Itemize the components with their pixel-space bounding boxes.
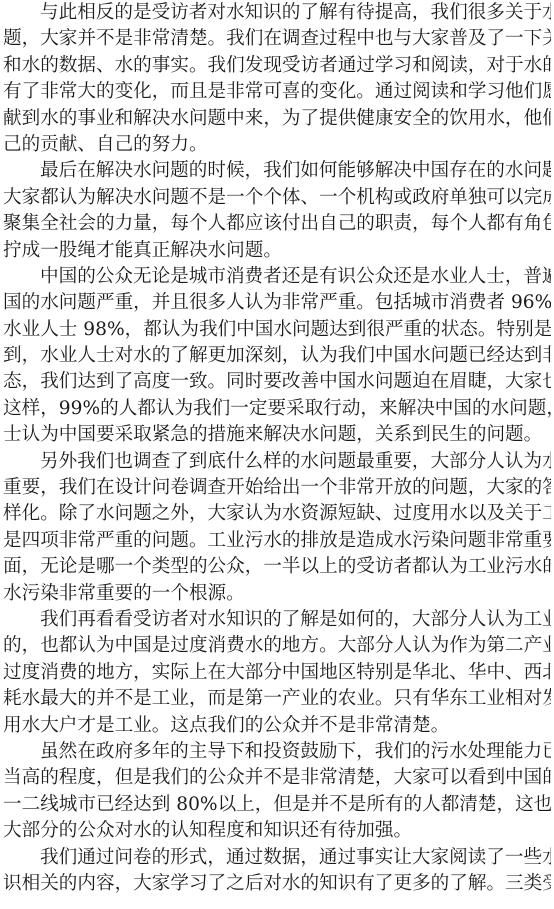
text-line: 虽然在政府多年的主导下和投资鼓励下，我们的污水处理能力已经达到了相 <box>3 739 551 765</box>
text-line: 当高的程度，但是我们的公众并不是非常清楚，大家可以看到中国的污水处理在 <box>3 765 551 791</box>
text-line: 献到水的事业和解决水问题中来，为了提供健康安全的饮用水，他们愿意做出自 <box>3 106 551 132</box>
text-line: 我们通过问卷的形式，通过数据，通过事实让大家阅读了一些水问题和水知 <box>3 845 551 871</box>
text-line: 题，大家并不是非常清楚。我们在调查过程中也与大家普及了一下关于水的知识 <box>3 26 551 52</box>
text-line: 重要，我们在设计问卷调查开始给出一个非常开放的问题，大家的答案也非常多 <box>3 475 551 501</box>
text-line: 最后在解决水问题的时候，我们如何能够解决中国存在的水问题，我们发现 <box>3 158 551 184</box>
text-line: 过度消费的地方，实际上在大部分中国地区特别是华北、华中、西北部地区我们 <box>3 660 551 686</box>
text-line: 有了非常大的变化，而且是非常可喜的变化。通过阅读和学习他们愿意参与和贡 <box>3 79 551 105</box>
text-line: 面，无论是哪一个类型的公众，一半以上的受访者都认为工业污水的排放是造成 <box>3 554 551 580</box>
text-line: 士认为中国要采取紧急的措施来解决水问题，关系到民生的问题。 <box>3 422 551 448</box>
text-line: 与此相反的是受访者对水知识的了解有待提高，我们很多关于水知识的问 <box>3 0 551 26</box>
text-line: 水污染非常重要的一个根源。 <box>3 581 551 607</box>
text-line: 耗水最大的并不是工业，而是第一产业的农业。只有华东工业相对发达的地方， <box>3 686 551 712</box>
text-line: 中国的公众无论是城市消费者还是有识公众还是水业人士，普遍认为我们中 <box>3 264 551 290</box>
text-line: 这样，99%的人都认为我们一定要采取行动，来解决中国的水问题，94%的水业人 <box>3 396 551 422</box>
text-line: 到，水业人士对水的了解更加深刻，认为我们中国水问题已经达到非常严重的状 <box>3 343 551 369</box>
text-line: 聚集全社会的力量，每个人都应该付出自己的职责，每个人都有角色，只有大家 <box>3 211 551 237</box>
text-line: 的，也都认为中国是过度消费水的地方。大部分人认为作为第二产业的工业是水 <box>3 633 551 659</box>
paragraph-most-important-issues: 另外我们也调查了到底什么样的水问题最重要，大部分人认为水污染问题很 重要，我们在… <box>3 449 554 607</box>
text-line: 是四项非常严重的问题。工业污水的排放是造成水污染问题非常重要的一个方 <box>3 528 551 554</box>
text-line: 我们再看看受访者对水知识的了解是如何的，大部分人认为工业是耗水最多 <box>3 607 551 633</box>
text-line: 己的贡献、自己的努力。 <box>3 132 551 158</box>
paragraph-water-consumption: 我们再看看受访者对水知识的了解是如何的，大部分人认为工业是耗水最多 的，也都认为… <box>3 607 554 739</box>
text-line: 另外我们也调查了到底什么样的水问题最重要，大部分人认为水污染问题很 <box>3 449 551 475</box>
paragraph-water-knowledge: 与此相反的是受访者对水知识的了解有待提高，我们很多关于水知识的问 题，大家并不是… <box>3 0 554 158</box>
text-line: 水业人士 98%，都认为我们中国水问题达到很严重的状态。特别是我们可以观察 <box>3 317 551 343</box>
paragraph-sewage-treatment: 虽然在政府多年的主导下和投资鼓励下，我们的污水处理能力已经达到了相 当高的程度，… <box>3 739 554 845</box>
text-line: 一二线城市已经达到 80%以上，但是并不是所有的人都清楚，这也说明我们中国 <box>3 792 551 818</box>
paragraph-public-perception: 中国的公众无论是城市消费者还是有识公众还是水业人士，普遍认为我们中 国的水问题严… <box>3 264 554 449</box>
text-line: 样化。除了水问题之外，大家认为水资源短缺、过度用水以及关于工业水污染， <box>3 501 551 527</box>
text-line: 态，我们达到了高度一致。同时要改善中国水问题迫在眉睫，大家也认为一定是 <box>3 369 551 395</box>
text-line: 用水大户才是工业。这点我们的公众并不是非常清楚。 <box>3 713 551 739</box>
document-body: 与此相反的是受访者对水知识的了解有待提高，我们很多关于水知识的问 题，大家并不是… <box>3 0 554 897</box>
text-line: 大家都认为解决水问题不是一个个体、一个机构或政府单独可以完成的，而需要 <box>3 185 551 211</box>
text-line: 拧成一股绳才能真正解决水问题。 <box>3 238 551 264</box>
text-line: 大部分的公众对水的认知程度和知识还有待加强。 <box>3 818 551 844</box>
text-line: 国的水问题严重，并且很多人认为非常严重。包括城市消费者 96%，有识公众 97%… <box>3 290 551 316</box>
text-line: 和水的数据、水的事实。我们发现受访者通过学习和阅读，对于水的问题的态度 <box>3 53 551 79</box>
paragraph-questionnaire: 我们通过问卷的形式，通过数据，通过事实让大家阅读了一些水问题和水知 识相关的内容… <box>3 845 554 898</box>
text-line: 识相关的内容，大家学习了之后对水的知识有了更多的了解。三类受访者都表示 <box>3 871 551 897</box>
paragraph-solving-water-problems: 最后在解决水问题的时候，我们如何能够解决中国存在的水问题，我们发现 大家都认为解… <box>3 158 554 264</box>
